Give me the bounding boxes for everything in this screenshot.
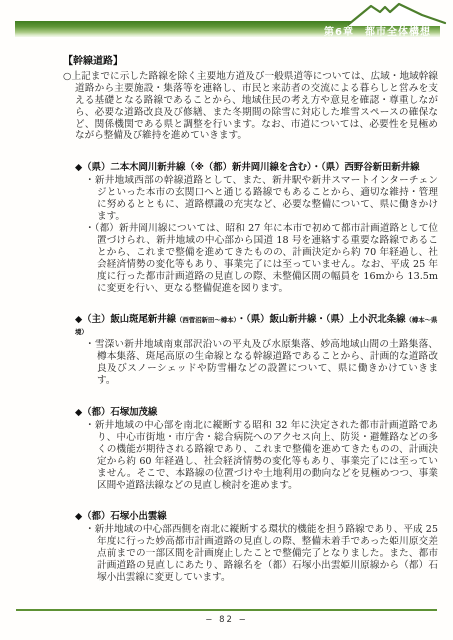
section-title: 【幹線道路】	[63, 56, 438, 68]
bullet-marker: ・	[85, 223, 95, 234]
road-section: ◆（都）石塚加茂線 ・新井地域の中心部を南北に縦断する昭和 32 年に決定された…	[75, 407, 438, 491]
page-number: − 82 −	[0, 615, 453, 625]
document-page: 第6章 都市全体構想 【幹線道路】 ○上記までに示した路線を除く主要地方道及び一…	[0, 0, 453, 640]
bullet-text: 新井地域西部の幹線道路として、また、新井駅や新井スマートインターチェンジといった…	[95, 175, 438, 222]
road-bullet: ・新井地域の中心部西側を南北に縦断する環状的機能を担う路線であり、平成 25 年…	[85, 524, 438, 584]
road-name-part: ・（県）飯山新井線・（県）上小沢北条線	[237, 314, 406, 325]
road-bullet: ・雪深い新井地域南東部沢沿いの平丸及び水原集落、妙高地域山間の土路集落、樽本集落…	[85, 339, 438, 387]
main-content: 【幹線道路】 ○上記までに示した路線を除く主要地方道及び一般県道等については、広…	[63, 56, 438, 584]
intro-paragraph: ○上記までに示した路線を除く主要地方道及び一般県道等については、広域・地域幹線道…	[63, 71, 438, 142]
bullet-marker: ・	[85, 339, 95, 350]
road-bullet: ・新井地域の中心部を南北に縦断する昭和 32 年に決定された都市計画道路であり、…	[85, 420, 438, 491]
road-name-note: （西菅沼新田～樽本）	[176, 316, 237, 324]
chapter-title: 第6章 都市全体構想	[324, 23, 431, 38]
road-bullet: ・（都）新井岡川線については、昭和 27 年に本市で初めて都市計画道路として位置…	[85, 223, 438, 294]
bullet-text: （都）新井岡川線については、昭和 27 年に本市で初めて都市計画道路として位置づ…	[95, 223, 438, 294]
road-name: （都）石塚加茂線	[82, 407, 157, 418]
intro-text: 上記までに示した路線を除く主要地方道及び一般県道等については、広域・地域幹線道路…	[71, 71, 438, 142]
footer-rule	[16, 609, 437, 611]
road-heading: ◆（主）飯山斑尾新井線（西菅沼新田～樽本）・（県）飯山新井線・（県）上小沢北条線…	[75, 314, 438, 338]
road-section: ◆（県）二本木岡川新井線（※（都）新井岡川線を含む）・（県）西野谷新田新井線 ・…	[75, 162, 438, 294]
road-section: ◆（都）石塚小出雲線 ・新井地域の中心部西側を南北に縦断する環状的機能を担う路線…	[75, 511, 438, 584]
road-heading: ◆（都）石塚加茂線	[75, 407, 438, 419]
bullet-marker: ・	[85, 175, 95, 186]
road-name: （都）石塚小出雲線	[82, 511, 166, 522]
bullet-marker: ・	[85, 524, 95, 535]
road-name: （県）二本木岡川新井線（※（都）新井岡川線を含む）・（県）西野谷新田新井線	[82, 162, 419, 173]
road-name-part: （主）飯山斑尾新井線	[82, 314, 176, 325]
bullet-marker: ・	[85, 420, 95, 431]
road-heading: ◆（都）石塚小出雲線	[75, 511, 438, 523]
road-bullet: ・新井地域西部の幹線道路として、また、新井駅や新井スマートインターチェンジといっ…	[85, 175, 438, 223]
road-heading: ◆（県）二本木岡川新井線（※（都）新井岡川線を含む）・（県）西野谷新田新井線	[75, 162, 438, 174]
bullet-text: 新井地域の中心部西側を南北に縦断する環状的機能を担う路線であり、平成 25 年度…	[95, 524, 438, 583]
road-section: ◆（主）飯山斑尾新井線（西菅沼新田～樽本）・（県）飯山新井線・（県）上小沢北条線…	[75, 314, 438, 387]
bullet-text: 新井地域の中心部を南北に縦断する昭和 32 年に決定された都市計画道路であり、中…	[95, 420, 438, 491]
bullet-text: 雪深い新井地域南東部沢沿いの平丸及び水原集落、妙高地域山間の土路集落、樽本集落、…	[95, 339, 438, 386]
